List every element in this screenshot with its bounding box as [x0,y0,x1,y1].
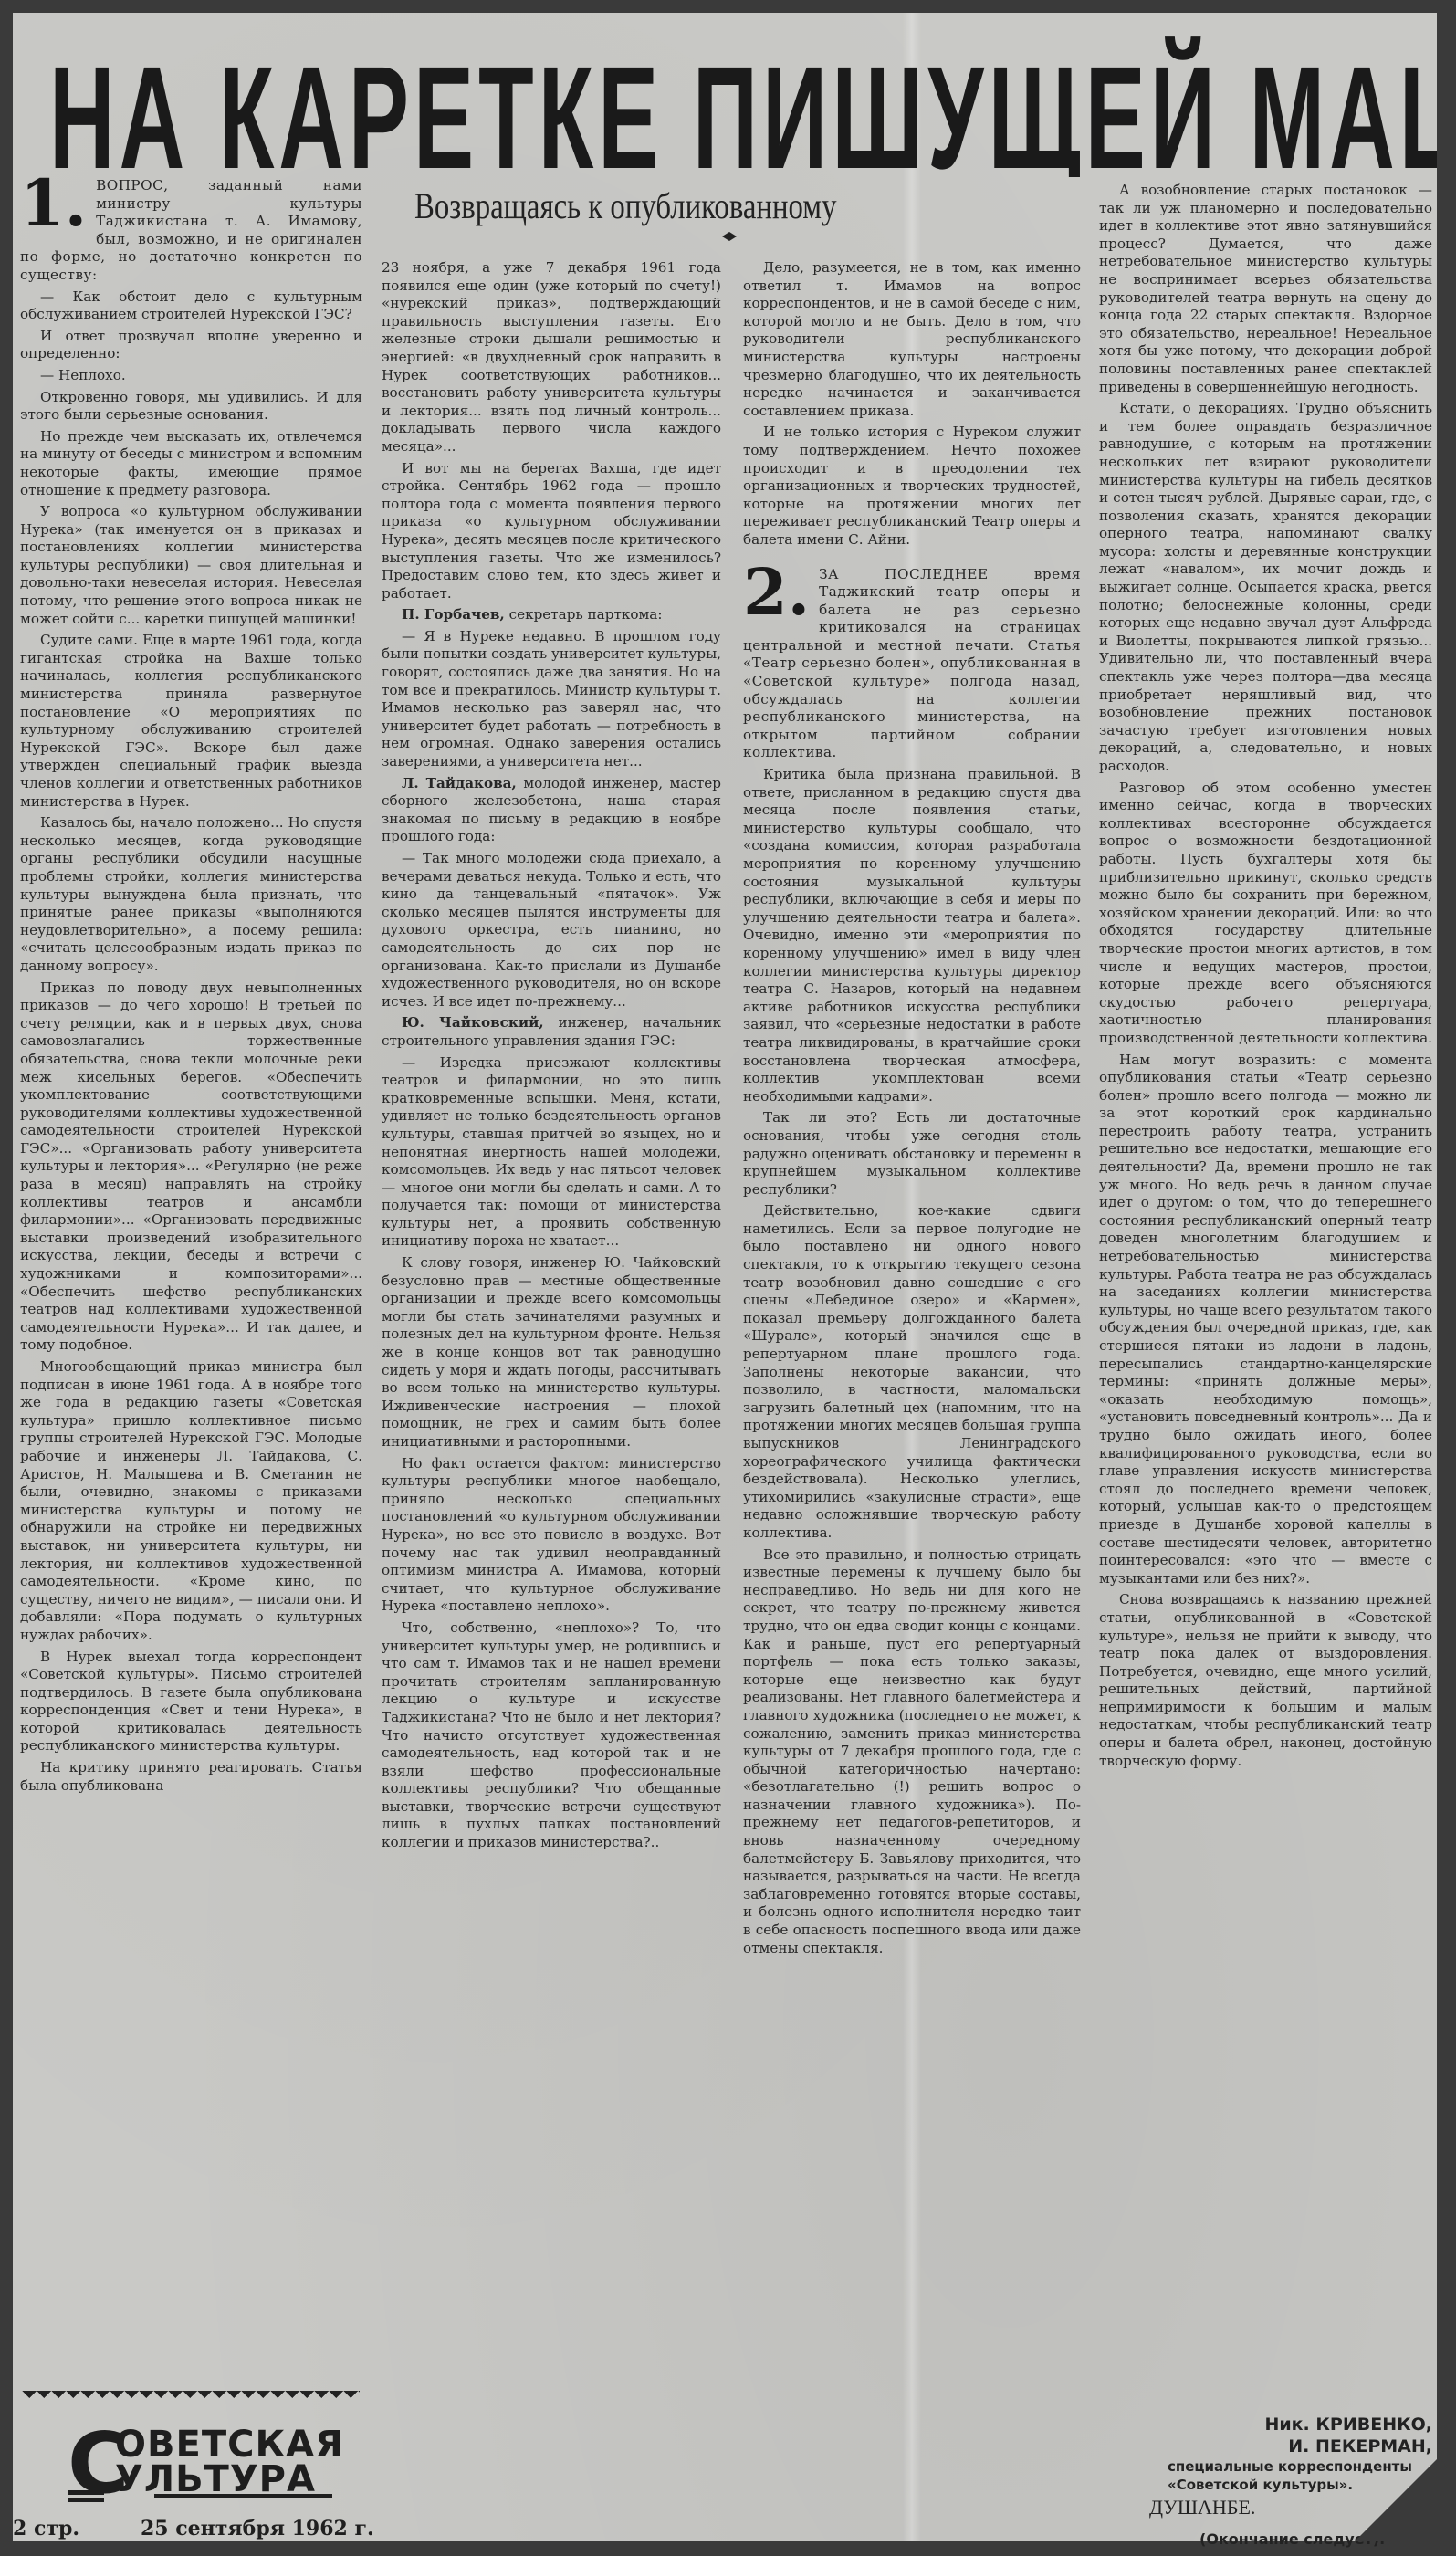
paragraph: Но факт остается фактом: министерство ку… [382,1455,721,1616]
speaker-name: П. Горбачев, [402,606,505,623]
masthead-logo: С ОВЕТСКАЯ УЛЬТУРА [68,2423,332,2505]
section-number-2: 2. [743,564,810,621]
column-2: 23 ноября, а уже 7 декабря 1961 года поя… [382,259,721,1856]
paragraph: Что, собственно, «неплохо»? То, что унив… [382,1619,721,1852]
logo-line-2: УЛЬТУРА [115,2461,316,2498]
paragraph: Кстати, о декорациях. Трудно объяснить и… [1099,400,1432,775]
issue-date: 25 сентября 1962 г. [141,2517,374,2540]
paragraph: Так ли это? Есть ли достаточные основани… [743,1109,1081,1199]
paragraph: На критику принято реагировать. Статья б… [20,1759,362,1795]
speaker-name: Ю. Чайковский, [402,1014,544,1031]
paragraph: Приказ по поводу двух невыполненных прик… [20,979,362,1355]
paragraph: И не только история с Нуреком служит том… [743,424,1081,549]
author-publication: «Советской культуры». [1168,2476,1432,2494]
logo-bar [68,2498,104,2502]
paragraph: Откровенно говоря, мы удивились. И для э… [20,389,362,424]
author-role: специальные корреспонденты [1168,2457,1432,2476]
paragraph: Казалось бы, начало положено... Но спуст… [20,814,362,975]
quote-intro: П. Горбачев, секретарь парткома: [382,606,721,624]
speaker-name: Л. Тайдакова, [402,775,517,791]
author-2: И. ПЕКЕРМАН, [1149,2436,1432,2457]
quote-text: — Изредка приезжают коллективы театров и… [382,1054,721,1252]
page-number: 2 стр. [13,2517,79,2540]
subheading: Возвращаясь к опубликованному [414,184,953,227]
paragraph: Нам могут возразить: с момента опубликов… [1099,1052,1432,1588]
paragraph: К слову говоря, инженер Ю. Чайковский бе… [382,1254,721,1451]
paragraph: Но прежде чем высказать их, отвлечемся н… [20,428,362,499]
column-1: 1. ВОПРОС, заданный нами министру культу… [20,177,362,1798]
headline: НА КАРЕТКЕ ПИШУЩЕЙ МАШИНКИ... [49,49,898,177]
paragraph: Действительно, кое-какие сдвиги наметили… [743,1202,1081,1542]
paragraph: Разговор об этом особенно уместен именно… [1099,780,1432,1048]
quote-intro: Ю. Чайковский, инженер, начальник строит… [382,1014,721,1050]
diamond-ornament-icon [722,232,737,241]
paragraph: — Неплохо. [20,367,362,385]
logo-line-1: ОВЕТСКАЯ [115,2426,344,2463]
column-3: Дело, разумеется, не в том, как именно о… [743,259,1081,1961]
author-1: Ник. КРИВЕНКО, [1149,2414,1432,2436]
paragraph: А возобновление старых постановок — так … [1099,182,1432,396]
paragraph: Снова возвращаясь к названию прежней ста… [1099,1591,1432,1770]
quote-text: — Так много молодежи сюда приехало, а ве… [382,850,721,1011]
paragraph: Критика была признана правильной. В отве… [743,766,1081,1105]
paragraph: Все это правильно, и полностью отрицать … [743,1546,1081,1958]
paragraph: В Нурек выехал тогда корреспондент «Сове… [20,1649,362,1756]
paragraph: У вопроса «о культурном обслуживании Нур… [20,503,362,628]
zigzag-divider [22,2391,360,2405]
quote-text: — Я в Нуреке недавно. В прошлом году был… [382,628,721,771]
speaker-role: секретарь парткома: [509,606,663,623]
paragraph: И ответ прозвучал вполне уверенно и опре… [20,328,362,363]
newspaper-page: НА КАРЕТКЕ ПИШУЩЕЙ МАШИНКИ... Возвращаяс… [13,13,1437,2541]
headline-container: НА КАРЕТКЕ ПИШУЩЕЙ МАШИНКИ... [31,31,1437,177]
column-4: А возобновление старых постановок — так … [1099,182,1432,1774]
logo-bar [154,2494,332,2498]
paragraph: 23 ноября, а уже 7 декабря 1961 года поя… [382,259,721,456]
section-number-1: 1. [20,175,87,232]
paragraph: Судите сами. Еще в марте 1961 года, когд… [20,632,362,811]
quote-intro: Л. Тайдакова, молодой инженер, мастер сб… [382,775,721,846]
logo-bar [68,2490,104,2495]
paragraph: Дело, разумеется, не в том, как именно о… [743,259,1081,420]
paragraph: Многообещающий приказ министра был подпи… [20,1358,362,1645]
paragraph: — Как обстоит дело с культурным обслужив… [20,288,362,324]
paragraph: И вот мы на берегах Вахша, где идет стро… [382,460,721,603]
